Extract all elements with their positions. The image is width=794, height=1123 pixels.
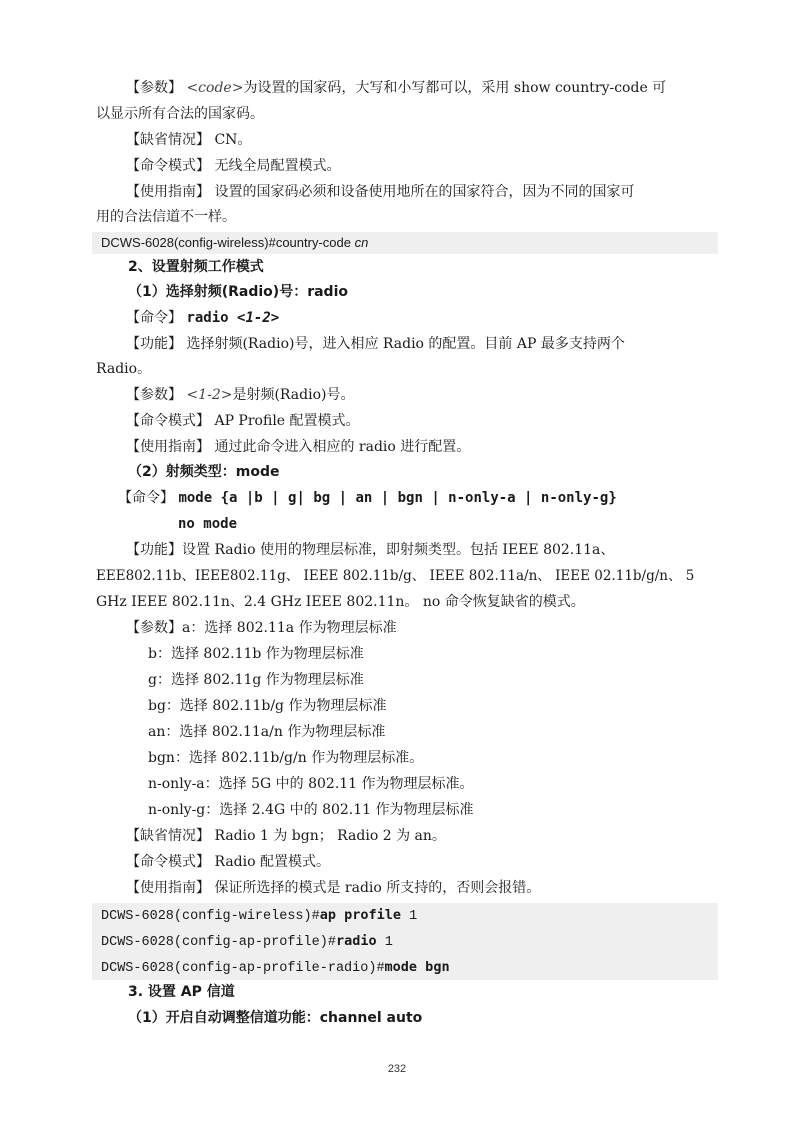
default-label: 【缺省情况】 — [126, 828, 210, 844]
default-label: 【缺省情况】 — [126, 132, 210, 148]
default-text: Radio 1 为 bgn； Radio 2 为 an。 — [214, 828, 445, 844]
command-label: 【命令】 — [126, 310, 182, 326]
no-mode-command: no mode — [178, 514, 237, 534]
param-code: <code> — [186, 80, 243, 96]
function-label: 【功能】 — [126, 336, 182, 352]
guide-label: 【使用指南】 — [126, 880, 210, 896]
guide-label: 【使用指南】 — [126, 184, 210, 200]
mode-text: Radio 配置模式。 — [214, 854, 330, 870]
param-item-bg: bg：选择 802.11b/g 作为物理层标准 — [148, 696, 386, 716]
code-example-mode: DCWS-6028(config-wireless)#ap profile 1 … — [92, 903, 718, 980]
param-item-n-only-g: n-only-g：选择 2.4G 中的 802.11 作为物理层标准 — [148, 800, 474, 820]
page-number: 232 — [0, 1063, 794, 1075]
param-item-a: a：选择 802.11a 作为物理层标准 — [182, 620, 397, 636]
subsection-heading-radio: （1）选择射频(Radio)号：radio — [128, 282, 348, 302]
mode-command-paragraph: 【命令】 mode {a |b | g| bg | an | bgn | n-o… — [118, 488, 617, 508]
param-paragraph-line2: 以显示所有合法的国家码。 — [96, 104, 264, 124]
mode-text: 无线全局配置模式。 — [214, 158, 340, 174]
default-paragraph: 【缺省情况】 CN。 — [126, 130, 251, 150]
radio-param-paragraph: 【参数】 <1-2>是射频(Radio)号。 — [126, 385, 354, 405]
mode-function-line3: GHz IEEE 802.11n、2.4 GHz IEEE 802.11n。 n… — [96, 592, 585, 612]
mode-function-line1: 【功能】设置 Radio 使用的物理层标准，即射频类型。包括 IEEE 802.… — [126, 540, 614, 560]
param-item-bgn: bgn：选择 802.11b/g/n 作为物理层标准。 — [148, 748, 423, 768]
param-item-g: g：选择 802.11g 作为物理层标准 — [148, 670, 364, 690]
mode-label: 【命令模式】 — [126, 158, 210, 174]
command-text: mode {a |b | g| bg | an | bgn | n-only-a… — [178, 490, 616, 506]
param-label: 【参数】 — [126, 620, 182, 636]
mode-default-paragraph: 【缺省情况】 Radio 1 为 bgn； Radio 2 为 an。 — [126, 826, 446, 846]
command-arg: <1-2> — [237, 310, 279, 326]
radio-function-line1: 【功能】 选择射频(Radio)号，进入相应 Radio 的配置。目前 AP 最… — [126, 334, 625, 354]
document-page: 【参数】 <code>为设置的国家码，大写和小写都可以，采用 show coun… — [0, 0, 794, 1123]
param-item-an: an：选择 802.11a/n 作为物理层标准 — [148, 722, 385, 742]
subsection-heading-mode: （2）射频类型：mode — [128, 462, 279, 482]
function-label: 【功能】 — [126, 542, 182, 558]
code-line-2: DCWS-6028(config-ap-profile)#radio 1 — [101, 931, 393, 953]
guide-text: 设置的国家码必须和设备使用地所在的国家符合，因为不同的国家可 — [214, 184, 634, 200]
guide-label: 【使用指南】 — [126, 439, 210, 455]
guide-text: 保证所选择的模式是 radio 所支持的，否则会报错。 — [214, 880, 540, 896]
param-label: 【参数】 — [126, 387, 182, 403]
param-text: 为设置的国家码，大写和小写都可以，采用 show country-code 可 — [243, 80, 666, 96]
code-line-1: DCWS-6028(config-wireless)#ap profile 1 — [101, 905, 417, 927]
command-label: 【命令】 — [118, 490, 174, 506]
radio-command-paragraph: 【命令】 radio <1-2> — [126, 308, 279, 328]
guide-text: 通过此命令进入相应的 radio 进行配置。 — [214, 439, 470, 455]
radio-mode-paragraph: 【命令模式】 AP Profile 配置模式。 — [126, 411, 360, 431]
mode-param-paragraph: 【参数】a：选择 802.11a 作为物理层标准 — [126, 618, 397, 638]
mode-label: 【命令模式】 — [126, 413, 210, 429]
param-label: 【参数】 — [126, 80, 182, 96]
mode-function-line2: EEE802.11b、IEEE802.11g、 IEEE 802.11b/g、 … — [96, 566, 694, 586]
param-text: 是射频(Radio)号。 — [232, 387, 354, 403]
mode-paragraph: 【命令模式】 无线全局配置模式。 — [126, 156, 340, 176]
section-heading-radio-mode: 2、设置射频工作模式 — [128, 257, 264, 277]
mode-label: 【命令模式】 — [126, 854, 210, 870]
code-example-country-code: DCWS-6028(config-wireless)#country-code … — [92, 232, 718, 254]
guide-paragraph-line2: 用的合法信道不一样。 — [96, 207, 236, 227]
guide-paragraph-line1: 【使用指南】 设置的国家码必须和设备使用地所在的国家符合，因为不同的国家可 — [126, 182, 634, 202]
param-arg: <1-2> — [186, 387, 232, 403]
code-line: DCWS-6028(config-wireless)#country-code … — [101, 233, 368, 253]
section-heading-ap-channel: 3. 设置 AP 信道 — [128, 982, 235, 1002]
function-text: 设置 Radio 使用的物理层标准，即射频类型。包括 IEEE 802.11a、 — [182, 542, 614, 558]
subsection-heading-channel-auto: （1）开启自动调整信道功能：channel auto — [128, 1008, 422, 1028]
mode-text: AP Profile 配置模式。 — [214, 413, 359, 429]
mode-guide-paragraph: 【使用指南】 保证所选择的模式是 radio 所支持的，否则会报错。 — [126, 878, 540, 898]
function-text: 选择射频(Radio)号，进入相应 Radio 的配置。目前 AP 最多支持两个 — [186, 336, 624, 352]
radio-function-line2: Radio。 — [96, 359, 151, 379]
radio-guide-paragraph: 【使用指南】 通过此命令进入相应的 radio 进行配置。 — [126, 437, 470, 457]
mode-mode-paragraph: 【命令模式】 Radio 配置模式。 — [126, 852, 330, 872]
param-item-n-only-a: n-only-a：选择 5G 中的 802.11 作为物理层标准。 — [148, 774, 474, 794]
param-paragraph-line1: 【参数】 <code>为设置的国家码，大写和小写都可以，采用 show coun… — [126, 78, 666, 98]
param-item-b: b：选择 802.11b 作为物理层标准 — [148, 644, 364, 664]
default-text: CN。 — [214, 132, 251, 148]
command-text: radio — [186, 310, 237, 326]
code-line-3: DCWS-6028(config-ap-profile-radio)#mode … — [101, 957, 450, 979]
